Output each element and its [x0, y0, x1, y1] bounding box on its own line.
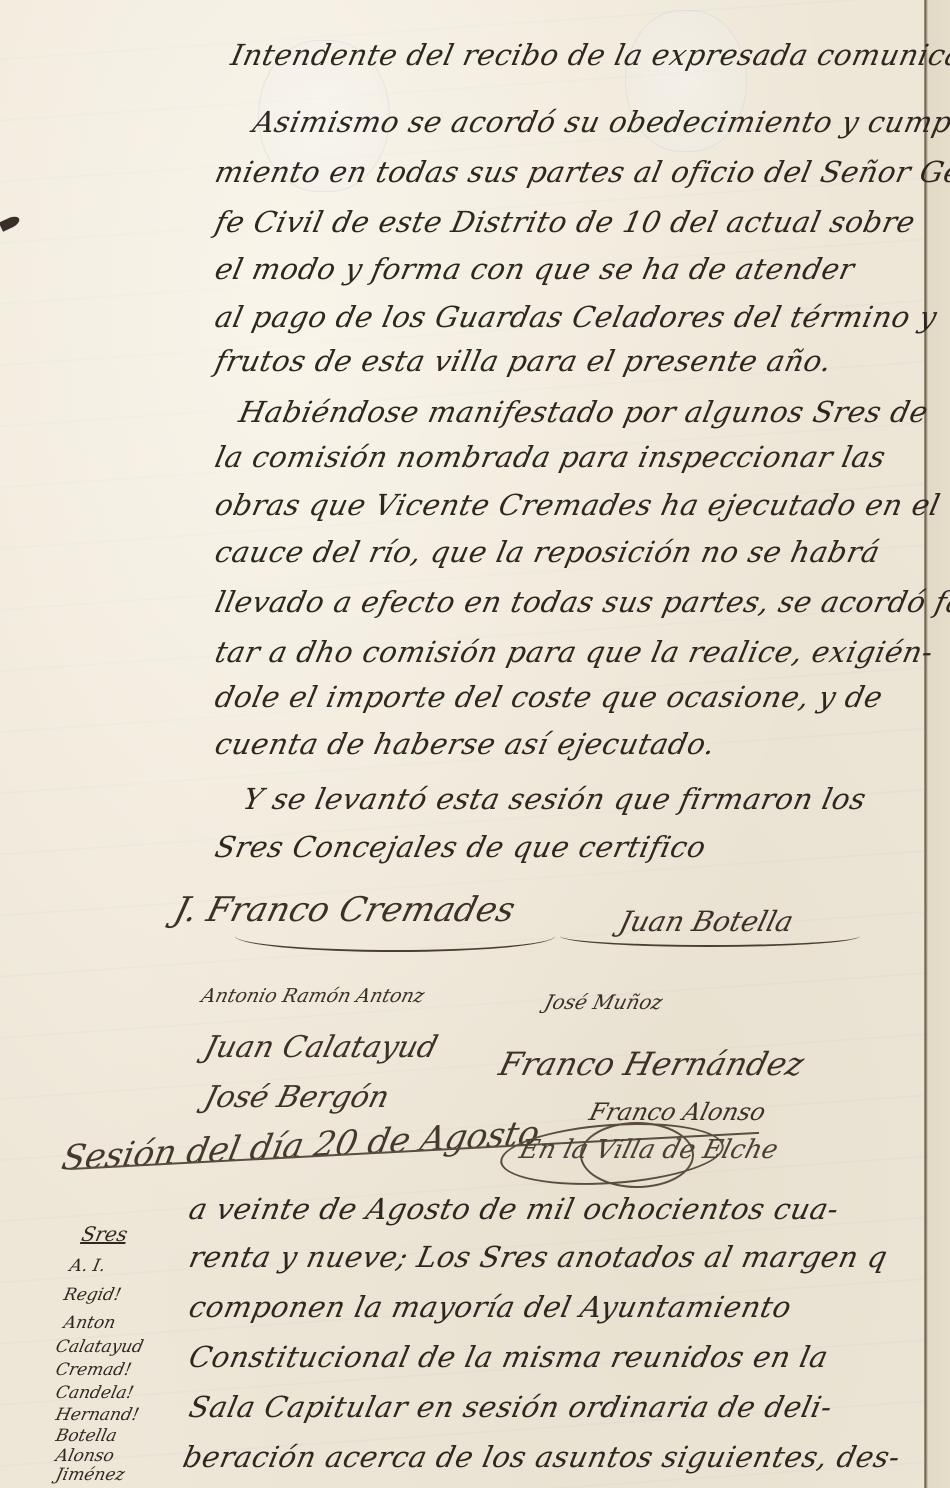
body-line: al pago de los Guardas Celadores del tér… [212, 300, 940, 334]
body-line: Intendente del recibo de la expresada co… [228, 38, 950, 72]
body-line: el modo y forma con que se ha de atender [212, 252, 858, 286]
signature-flourish [560, 925, 860, 947]
body-line: llevado a efecto en todas sus partes, se… [212, 585, 950, 619]
signature-alonso: Franco Alonso [587, 1098, 769, 1126]
margin-entry: Botella [54, 1426, 119, 1446]
body-line: obras que Vicente Cremades ha ejecutado … [212, 488, 943, 522]
signature-calatayud: Juan Calatayud [201, 1030, 442, 1065]
margin-entry: Cremad! [54, 1360, 133, 1380]
margin-entry: A. I. [68, 1256, 107, 1276]
manuscript-page: Intendente del recibo de la expresada co… [0, 0, 950, 1488]
signature-bergon: José Bergón [201, 1080, 393, 1115]
body-line: fe Civil de este Distrito de 10 del actu… [212, 205, 918, 239]
body-line: Habiéndose manifestado por algunos Sres … [236, 395, 931, 429]
body-line: Sres Concejales de que certifico [212, 830, 709, 864]
body-line: Y se levantó esta sesión que firmaron lo… [240, 782, 869, 816]
session-line: a veinte de Agosto de mil ochocientos cu… [186, 1192, 842, 1226]
body-line: tar a dho comisión para que la realice, … [212, 635, 936, 669]
body-line: dole el importe del coste que ocasione, … [212, 680, 886, 714]
body-line: Asimismo se acordó su obedecimiento y cu… [250, 105, 950, 139]
body-line: miento en todas sus partes al oficio del… [212, 155, 950, 189]
body-line: cuenta de haberse así ejecutado. [212, 727, 718, 761]
signature-hernandez: Franco Hernández [495, 1045, 808, 1083]
session-line: renta y nueve; Los Sres anotados al marg… [186, 1240, 891, 1274]
session-line: componen la mayoría del Ayuntamiento [186, 1290, 795, 1324]
session-line: Constitucional de la misma reunidos en l… [186, 1340, 831, 1374]
margin-entry: Candela! [54, 1383, 136, 1403]
signature-antonio-ramon: Antonio Ramón Antonz [199, 985, 426, 1007]
signature-munoz: José Muñoz [542, 990, 665, 1014]
session-place-text: En la Villa de Elche [516, 1135, 781, 1165]
margin-entry: Calatayud [54, 1337, 145, 1357]
body-line: frutos de esta villa para el presente añ… [212, 344, 835, 378]
margin-entry: Jiménez [54, 1465, 127, 1485]
session-line: Sala Capitular en sesión ordinaria de de… [186, 1390, 835, 1424]
page-fold-edge [924, 0, 950, 1488]
signature-flourish [235, 920, 555, 952]
margin-entry: Hernand! [54, 1405, 141, 1425]
body-line: cauce del río, que la reposición no se h… [212, 535, 883, 569]
margin-entry: Alonso [54, 1446, 116, 1466]
margin-entry: Anton [62, 1313, 118, 1333]
margin-title: Sres [79, 1222, 129, 1246]
ink-blot [0, 214, 21, 232]
margin-entry: Regid! [62, 1285, 123, 1305]
session-line: beración acerca de los asuntos siguiente… [180, 1440, 903, 1474]
body-line: la comisión nombrada para inspeccionar l… [212, 440, 889, 474]
